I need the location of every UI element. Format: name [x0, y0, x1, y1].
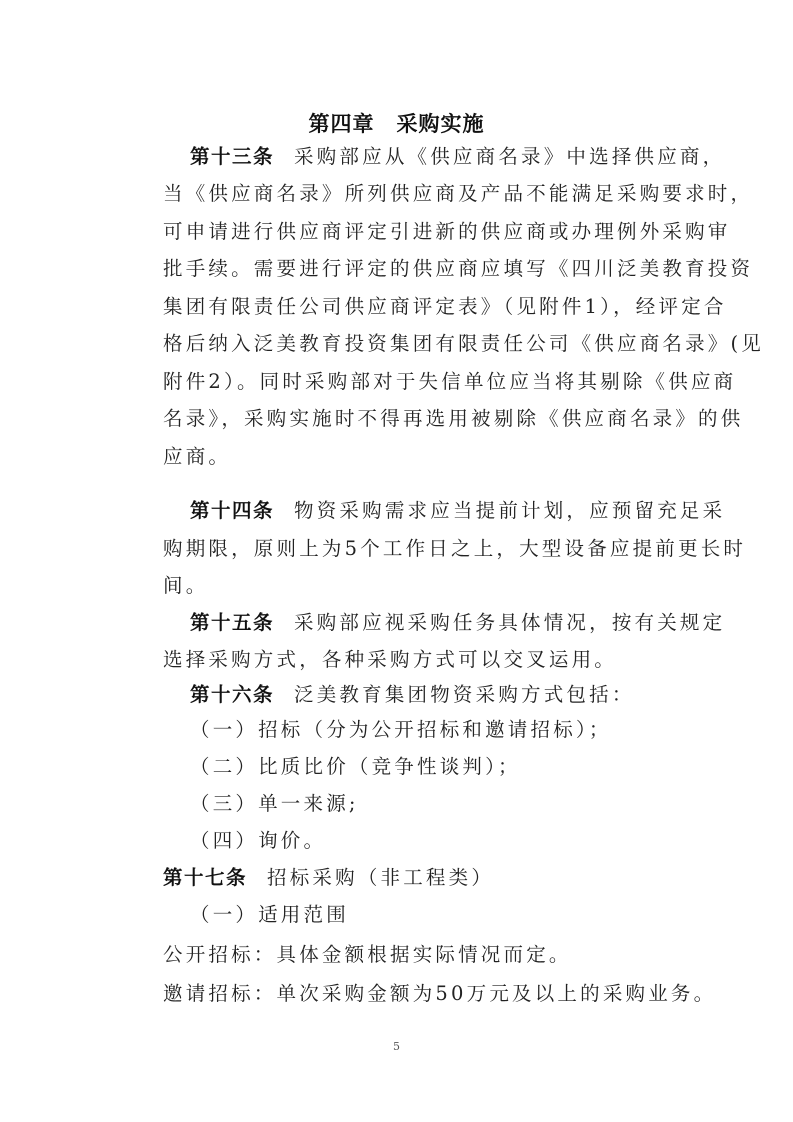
article-14-line-2: 购期限，原则上为5个工作日之上，大型设备应提前更长时 [163, 535, 746, 563]
article-number: 第十六条 [190, 683, 274, 706]
article-13-line-4: 批手续。需要进行评定的供应商应填写《四川泛美教育投资 [163, 255, 753, 283]
list-item-4: （四）询价。 [190, 827, 326, 855]
article-13-line-6: 格后纳入泛美教育投资集团有限责任公司《供应商名录》(见 [163, 330, 764, 358]
article-14-line-1: 第十四条物资采购需求应当提前计划，应预留充足采 [190, 497, 725, 525]
list-item-scope: （一）适用范围 [190, 901, 349, 929]
article-13-line-3: 可申请进行供应商评定引进新的供应商或办理例外采购审 [163, 218, 731, 246]
list-item-3: （三）单一来源; [190, 790, 359, 818]
paragraph-invited-tender: 邀请招标：单次采购金额为50万元及以上的采购业务。 [163, 980, 716, 1008]
article-number: 第十四条 [190, 499, 274, 522]
article-17-line-1: 第十七条招标采购（非工程类） [163, 864, 494, 892]
list-item-2: （二）比质比价（竞争性谈判）； [190, 753, 521, 781]
chapter-heading: 第四章采购实施 [0, 108, 793, 138]
article-number: 第十七条 [163, 866, 247, 889]
article-number: 第十五条 [190, 611, 274, 634]
article-15-line-2: 选择采购方式，各种采购方式可以交叉运用。 [163, 646, 617, 674]
paragraph-open-tender: 公开招标：具体金额根据实际情况而定。 [163, 941, 572, 969]
article-13-line-2: 当《供应商名录》所列供应商及产品不能满足采购要求时， [163, 180, 753, 208]
chapter-title: 采购实施 [397, 112, 485, 136]
article-number: 第十三条 [190, 145, 274, 168]
article-13-line-9: 应商。 [163, 443, 231, 471]
article-13-line-8: 名录》，采购实施时不得再选用被剔除《供应商名录》的供 [163, 405, 743, 433]
article-13-line-7: 附件2）。同时采购部对于失信单位应当将其剔除《供应商 [163, 368, 736, 396]
article-13-line-5: 集团有限责任公司供应商评定表》（见附件1），经评定合 [163, 293, 727, 321]
article-14-line-3: 间。 [163, 572, 208, 600]
list-item-1: （一）招标（分为公开招标和邀请招标）； [190, 716, 612, 744]
page-number: 5 [0, 1040, 793, 1053]
article-13-line-1: 第十三条采购部应从《供应商名录》中选择供应商， [190, 143, 725, 171]
chapter-label: 第四章 [309, 112, 375, 136]
article-15-line-1: 第十五条采购部应视采购任务具体情况，按有关规定 [190, 609, 725, 637]
article-16-line-1: 第十六条泛美教育集团物资采购方式包括： [190, 681, 635, 709]
